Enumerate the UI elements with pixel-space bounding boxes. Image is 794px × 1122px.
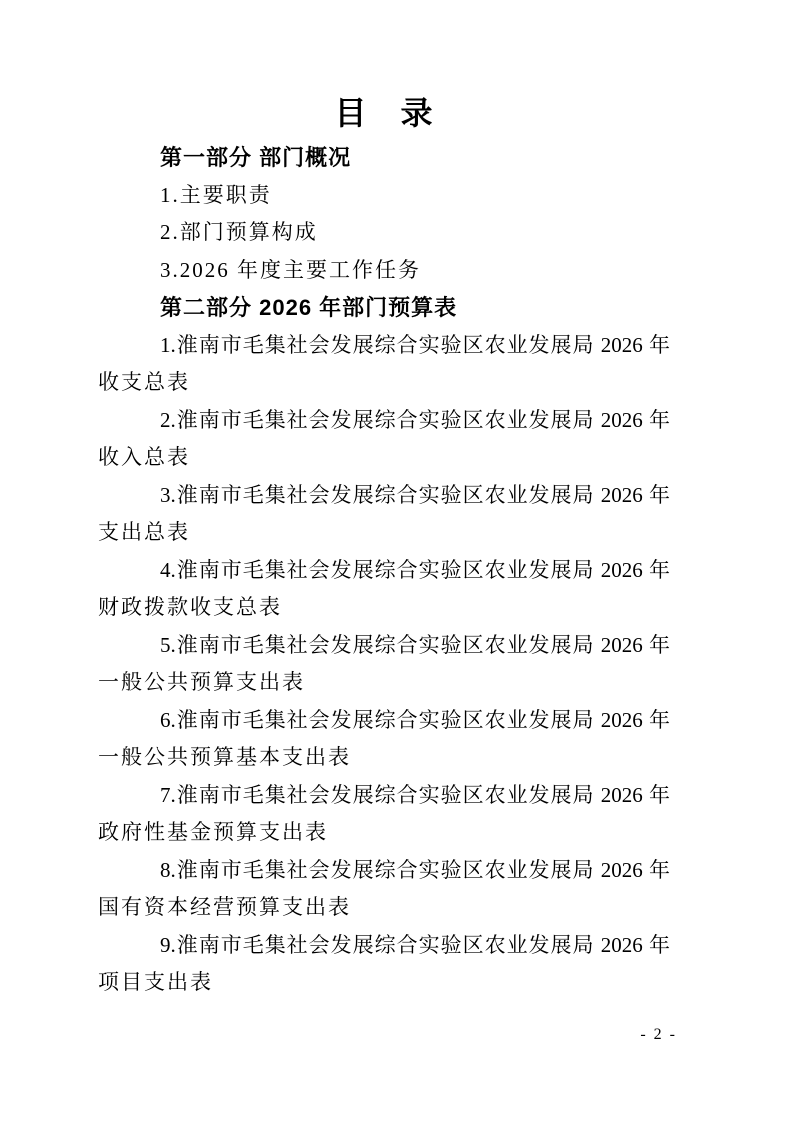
content-column: 目 录 第一部分 部门概况1.主要职责2.部门预算构成3.2026 年度主要工作… [98,0,670,1002]
toc-entry-line: 3.2026 年度主要工作任务 [98,252,670,290]
toc-entry-line: 2.部门预算构成 [98,214,670,252]
toc-entry-line: 财政拨款收支总表 [98,589,670,627]
toc-entry-line: 1.主要职责 [98,177,670,215]
toc-entry-line: 6.淮南市毛集社会发展综合实验区农业发展局 2026 年 [98,702,670,740]
toc-entry-line: 政府性基金预算支出表 [98,814,670,852]
toc-entry-line: 国有资本经营预算支出表 [98,889,670,927]
section-heading: 第一部分 部门概况 [98,139,670,177]
toc-entry-line: 收支总表 [98,364,670,402]
document-title: 目 录 [98,95,670,131]
toc-entry-line: 支出总表 [98,514,670,552]
toc-entry-line: 3.淮南市毛集社会发展综合实验区农业发展局 2026 年 [98,477,670,515]
toc-entry-line: 9.淮南市毛集社会发展综合实验区农业发展局 2026 年 [98,927,670,965]
toc-entry-line: 一般公共预算基本支出表 [98,739,670,777]
toc-entry-line: 收入总表 [98,439,670,477]
document-page: 目 录 第一部分 部门概况1.主要职责2.部门预算构成3.2026 年度主要工作… [0,0,794,1122]
toc-entry-line: 5.淮南市毛集社会发展综合实验区农业发展局 2026 年 [98,627,670,665]
page-number: - 2 - [640,1026,677,1044]
table-of-contents: 第一部分 部门概况1.主要职责2.部门预算构成3.2026 年度主要工作任务第二… [98,139,670,1002]
toc-entry-line: 2.淮南市毛集社会发展综合实验区农业发展局 2026 年 [98,402,670,440]
toc-entry-line: 8.淮南市毛集社会发展综合实验区农业发展局 2026 年 [98,852,670,890]
toc-entry-line: 4.淮南市毛集社会发展综合实验区农业发展局 2026 年 [98,552,670,590]
toc-entry-line: 项目支出表 [98,964,670,1002]
toc-entry-line: 7.淮南市毛集社会发展综合实验区农业发展局 2026 年 [98,777,670,815]
section-heading: 第二部分 2026 年部门预算表 [98,289,670,327]
toc-entry-line: 一般公共预算支出表 [98,664,670,702]
toc-entry-line: 1.淮南市毛集社会发展综合实验区农业发展局 2026 年 [98,327,670,365]
